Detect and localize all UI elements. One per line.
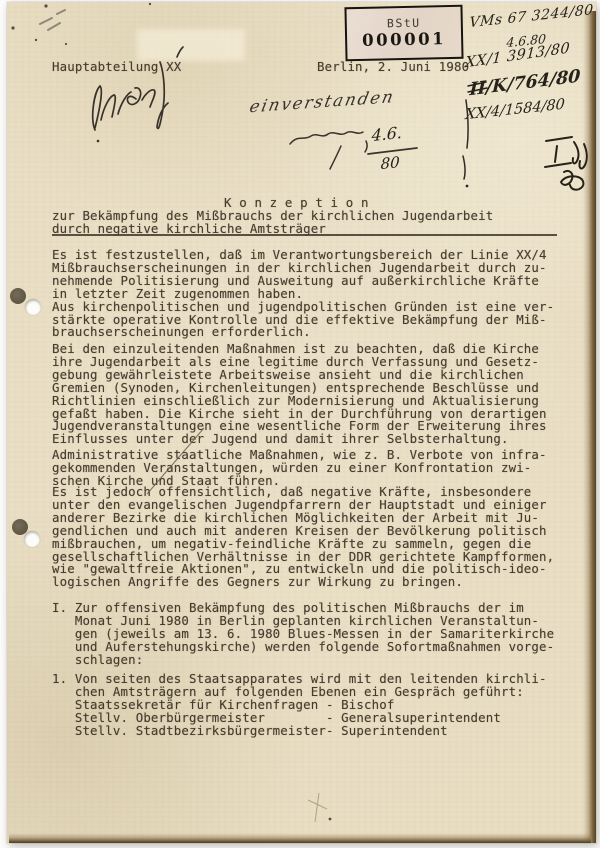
- stamp-agency-label: BStU: [387, 17, 421, 30]
- body-paragraph-3: Administrative staatliche Maßnahmen, wie…: [52, 449, 547, 488]
- dateline: Berlin, 2. Juni 1980: [317, 61, 469, 74]
- punch-hole: [24, 531, 40, 547]
- paper-stain: [137, 29, 245, 61]
- stamp-page-number: 000001: [362, 30, 446, 50]
- approval-date-numerator: 4.6.: [371, 123, 402, 145]
- body-paragraph-4: Es ist jedoch offensichtlich, daß negati…: [52, 486, 554, 589]
- bstu-stamp: BStU 000001: [344, 5, 463, 61]
- punch-hole-shadow: [10, 288, 26, 304]
- list-item-1: 1. Von seiten des Staatsapparates wird m…: [52, 673, 547, 738]
- body-paragraph-2: Bei den einzuleitenden Maßnahmen ist zu …: [52, 343, 547, 446]
- department-label: Hauptabteilung XX: [52, 61, 181, 74]
- page-edge-bottom: [9, 833, 591, 843]
- approval-date-denominator: 80: [380, 153, 400, 173]
- body-paragraph-1: Es ist festzustellen, daß im Verantwortu…: [52, 249, 554, 339]
- scanned-document: Hauptabteilung XX Berlin, 2. Juni 1980 K…: [0, 0, 600, 848]
- page-edge-right: [583, 11, 596, 843]
- punch-hole: [25, 299, 41, 315]
- section-I: I. Zur offensiven Bekämpfung des politis…: [52, 602, 554, 667]
- title-underline: [52, 234, 557, 236]
